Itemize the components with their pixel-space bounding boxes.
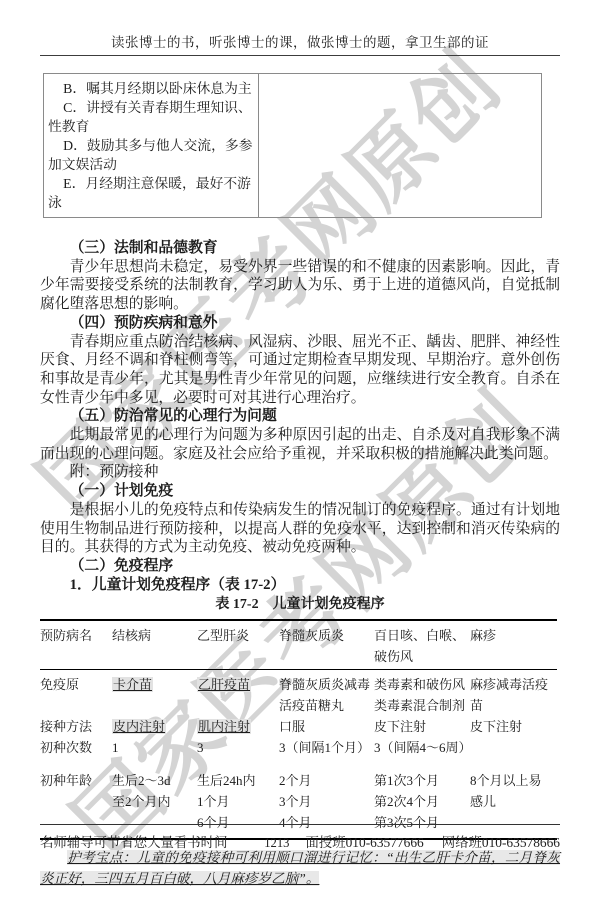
row-label: 免疫原 [40,674,112,695]
table-cell: 类毒素和破伤风 类毒素混合制剂 [374,674,470,716]
quiz-options-table: B．嘱其月经期以卧床休息为主 C．讲授有关青春期生理知识、性教育 D．鼓励其多与… [43,73,542,218]
quiz-empty-cell [259,74,541,217]
table-row-initial-doses: 初种次数 1 3 3（间隔1个月） 3（间隔4～6周） [40,737,557,758]
immunization-table: 预防病名 结核病 乙型肝炎 脊髓灰质炎 百日咳、白喉、 破伤风 麻疹 免疫原 卡… [40,619,557,840]
row-label: 初种年龄 [40,770,112,791]
quiz-option-c: C．讲授有关青春期生理知识、性教育 [48,98,254,136]
table-cell: 皮下注射 [374,716,470,737]
section-5-paragraph: 此期最常见的心理行为问题为多种原因引起的出走、自杀及对自我形象不满而出现的心理问… [40,426,560,463]
appendix-1-heading: （一）计划免疫 [40,482,560,501]
highlighted-term: 肌内注射 [197,719,251,734]
table-cell: 脊髓灰质炎减毒 活疫苗糖丸 [279,674,374,716]
row-label: 接种方法 [40,716,112,737]
page-footer: 名师辅导可节省您大量看书时间 1213 面授班010-63577666 网络班0… [40,824,560,851]
appendix-1-paragraph: 是根据小儿的免疫特点和传染病发生的情况制订的免疫程序。通过有计划地使用生物制品进… [40,501,560,557]
footer-online-phone: 网络班010-63578666 [442,832,560,851]
table-cell: 生后2～3d 至2个月内 [112,770,197,812]
table-cell: 麻疹减毒活疫苗 [470,674,557,716]
header-dpt: 百日咳、白喉、 破伤风 [374,625,470,667]
footer-tagline: 名师辅导可节省您大量看书时间 [40,832,227,851]
table-row-immunogen: 免疫原 卡介苗 乙肝疫苗 脊髓灰质炎减毒 活疫苗糖丸 类毒素和破伤风 类毒素混合… [40,670,557,716]
header-hepatitis-b: 乙型肝炎 [197,625,279,646]
section-3-heading: （三）法制和品德教育 [40,239,560,258]
section-4-heading: （四）预防疾病和意外 [40,314,560,333]
section-4-paragraph: 青春期应重点防治结核病、风湿病、沙眼、屈光不正、龋齿、肥胖、神经性厌食、月经不调… [40,333,560,408]
header-measles: 麻疹 [470,625,557,646]
quiz-option-d: D．鼓励其多与他人交流，多参加文娱活动 [48,136,254,174]
header-tuberculosis: 结核病 [112,625,197,646]
table-cell: 肌内注射 [197,716,279,737]
highlighted-term: 乙肝疫苗 [197,677,251,692]
book-page: 国家医考网原创 国家医考网原创 读张博士的书，听张博士的课，做张博士的题，拿卫生… [0,0,600,912]
exam-tip-note: 护考宝点：儿童的免疫接种可利用顺口溜进行记忆：“出生乙肝卡介苗，二月脊灰炎正好，… [40,848,560,889]
quiz-option-e: E．月经期注意保暖，最好不游泳 [48,174,254,212]
table-cell: 口服 [279,716,374,737]
table-cell: 3（间隔4～6周） [374,737,470,758]
highlighted-term: 卡介苗 [112,677,153,692]
exam-tip-highlight: 护考宝点：儿童的免疫接种可利用顺口溜进行记忆：“出生乙肝卡介苗，二月脊灰炎正好，… [40,850,560,886]
highlighted-term: 皮内注射 [112,719,166,734]
page-header-slogan: 读张博士的书，听张博士的课，做张博士的题，拿卫生部的证 [40,0,560,56]
section-5-heading: （五）防治常见的心理行为问题 [40,407,560,426]
footer-onsite-phone: 面授班010-63577666 [305,832,423,851]
quiz-options-cell: B．嘱其月经期以卧床休息为主 C．讲授有关青春期生理知识、性教育 D．鼓励其多与… [44,74,259,217]
header-polio: 脊髓灰质炎 [279,625,374,646]
appendix-2-heading: （二）免疫程序 [40,557,560,576]
page-number: 1213 [264,836,289,851]
table-cell: 8个月以上易感儿 [470,770,557,812]
header-disease-name: 预防病名 [40,625,112,646]
table-cell: 3 [197,737,279,758]
section-3-paragraph: 青少年思想尚未稳定，易受外界一些错误的和不健康的因素影响。因此，青少年需要接受系… [40,258,560,314]
table-cell: 乙肝疫苗 [197,674,279,695]
appendix-2-subheading: 1．儿童计划免疫程序（表 17-2） [40,576,560,595]
page-content: 读张博士的书，听张博士的课，做张博士的题，拿卫生部的证 B．嘱其月经期以卧床休息… [0,0,600,889]
row-label: 初种次数 [40,737,112,758]
table-cell: 1 [112,737,197,758]
table-row-method: 接种方法 皮内注射 肌内注射 口服 皮下注射 皮下注射 [40,716,557,737]
table-17-2-caption: 表 17-2 儿童计划免疫程序 [40,595,560,614]
quiz-option-b: B．嘱其月经期以卧床休息为主 [48,79,254,98]
table-cell: 卡介苗 [112,674,197,695]
appendix-label: 附：预防接种 [40,463,560,482]
table-cell: 3（间隔1个月） [279,737,374,758]
table-cell: 皮下注射 [470,716,557,737]
table-cell: 皮内注射 [112,716,197,737]
exam-tip-label: 护考宝点： [67,850,136,865]
immunization-table-header-row: 预防病名 结核病 乙型肝炎 脊髓灰质炎 百日咳、白喉、 破伤风 麻疹 [40,621,557,670]
